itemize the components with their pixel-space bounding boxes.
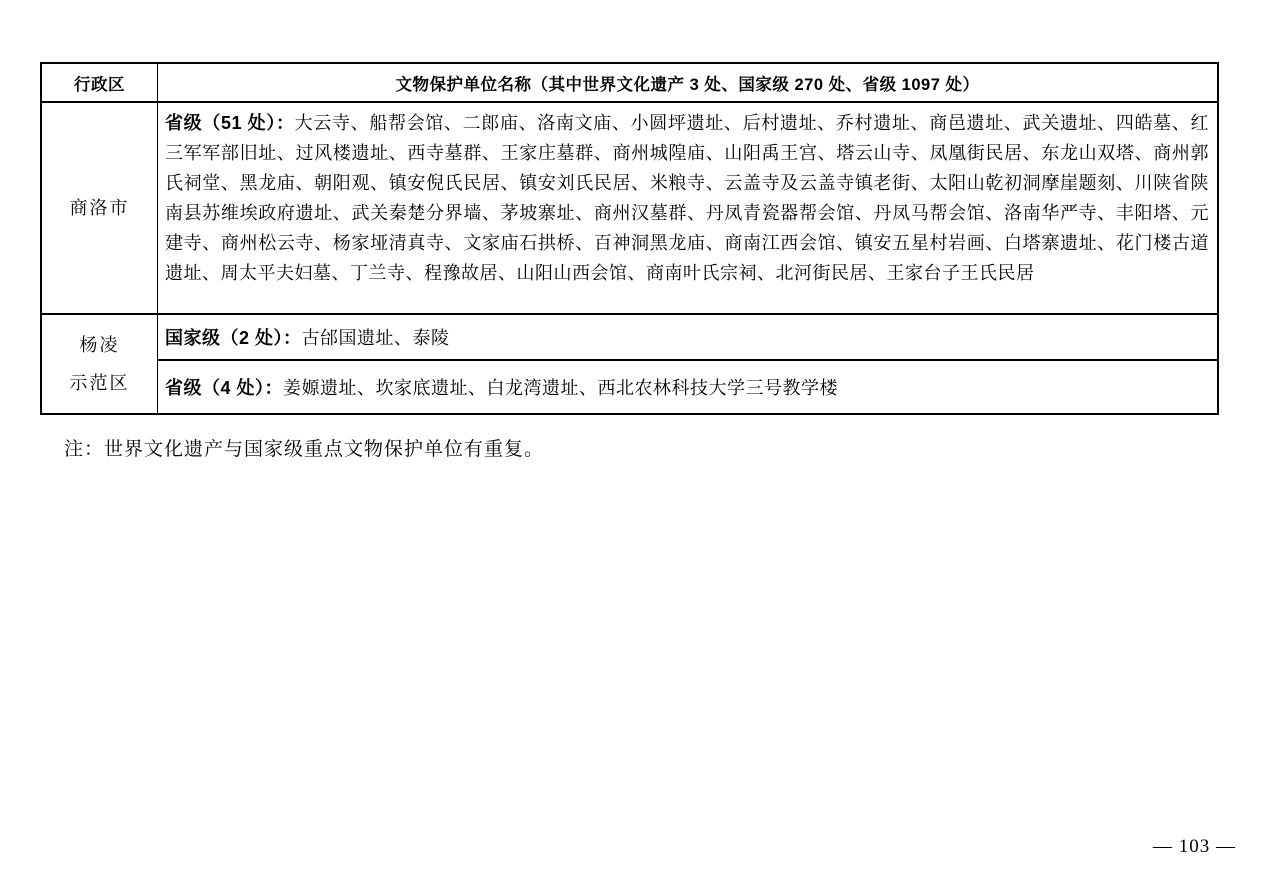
- header-cell-site-names: 文物保护单位名称（其中世界文化遗产 3 处、国家级 270 处、省级 1097 …: [158, 64, 1217, 101]
- table-row-shangluo: 商洛市 省级（51 处）：大云寺、船帮会馆、二郎庙、洛南文庙、小圆坪遗址、后村遗…: [42, 101, 1217, 313]
- page-number: — 103 —: [1153, 836, 1236, 858]
- table-row-yangling: 杨凌 示范区 国家级（2 处）：古邰国遗址、泰陵 省级（4 处）：姜嫄遗址、坎家…: [42, 313, 1217, 413]
- region-cell-shangluo: 商洛市: [42, 103, 158, 313]
- national-sites-list: 古邰国遗址、泰陵: [302, 324, 450, 350]
- heritage-sites-table: 行政区 文物保护单位名称（其中世界文化遗产 3 处、国家级 270 处、省级 1…: [40, 62, 1219, 415]
- table-header-row: 行政区 文物保护单位名称（其中世界文化遗产 3 处、国家级 270 处、省级 1…: [42, 64, 1217, 101]
- shangluo-sites-cell: 省级（51 处）：大云寺、船帮会馆、二郎庙、洛南文庙、小圆坪遗址、后村遗址、乔村…: [158, 103, 1217, 313]
- yangling-provincial-row: 省级（4 处）：姜嫄遗址、坎家底遗址、白龙湾遗址、西北农林科技大学三号教学楼: [158, 361, 1217, 413]
- region-cell-yangling: 杨凌 示范区: [42, 315, 158, 413]
- region-name-line2: 示范区: [70, 364, 130, 402]
- footnote: 注：世界文化遗产与国家级重点文物保护单位有重复。: [64, 434, 544, 461]
- document-page: 行政区 文物保护单位名称（其中世界文化遗产 3 处、国家级 270 处、省级 1…: [0, 0, 1280, 892]
- region-name-line1: 杨凌: [80, 326, 120, 364]
- header-cell-region: 行政区: [42, 64, 158, 101]
- national-level-label: 国家级（2 处）：: [165, 324, 302, 350]
- yangling-national-row: 国家级（2 处）：古邰国遗址、泰陵: [158, 315, 1217, 361]
- provincial-level-label-yangling: 省级（4 处）：: [165, 374, 283, 400]
- provincial-sites-list-yangling: 姜嫄遗址、坎家底遗址、白龙湾遗址、西北农林科技大学三号教学楼: [283, 374, 838, 400]
- provincial-sites-list: 大云寺、船帮会馆、二郎庙、洛南文庙、小圆坪遗址、后村遗址、乔村遗址、商邑遗址、武…: [165, 113, 1209, 283]
- yangling-subrows: 国家级（2 处）：古邰国遗址、泰陵 省级（4 处）：姜嫄遗址、坎家底遗址、白龙湾…: [158, 315, 1217, 413]
- provincial-level-label: 省级（51 处）：: [165, 113, 295, 133]
